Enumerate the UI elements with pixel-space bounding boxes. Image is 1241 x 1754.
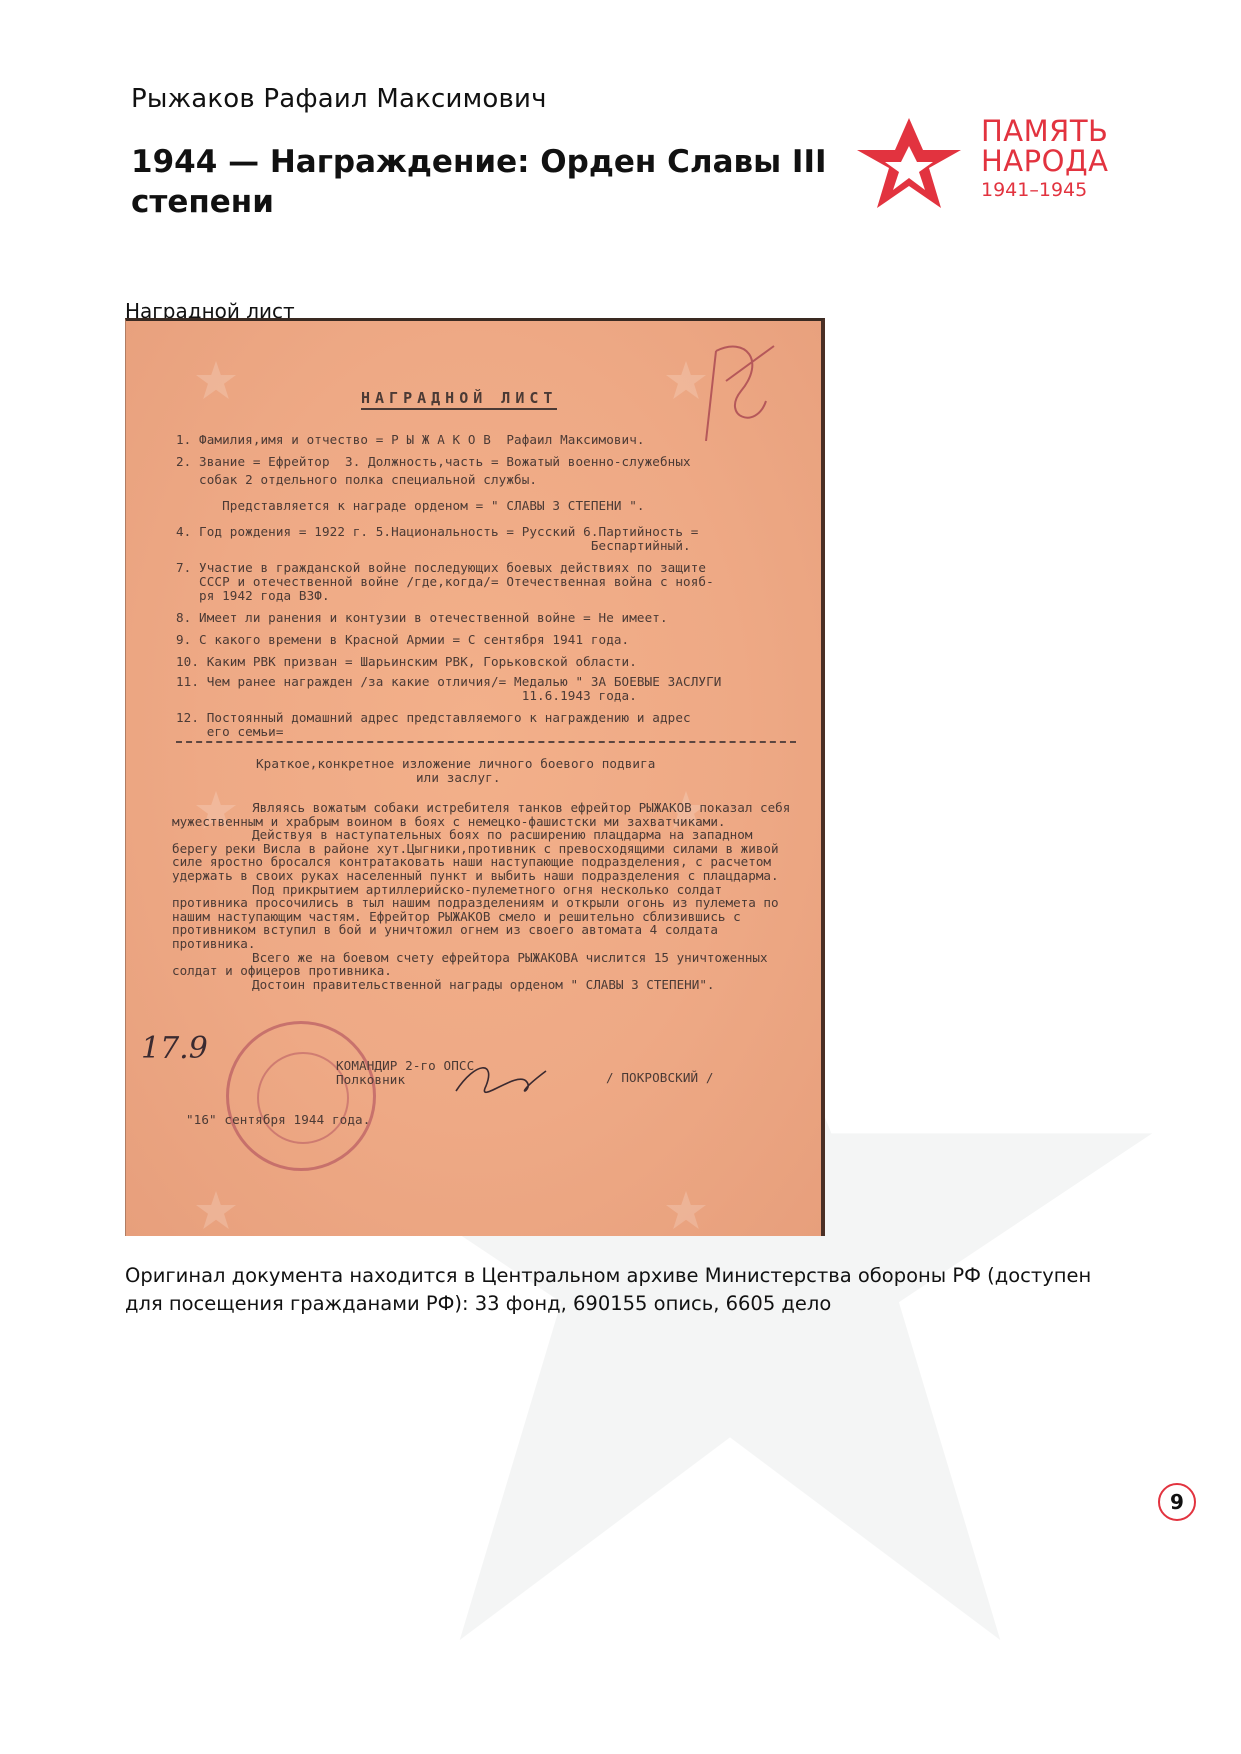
form-field-line: его семьи= — [176, 725, 284, 739]
document-date: "16" сентября 1944 года. — [186, 1113, 370, 1127]
form-field-line: 12. Постоянный домашний адрес представля… — [176, 711, 691, 725]
signature-title: КОМАНДИР 2-го ОПСС — [336, 1059, 474, 1073]
form-field-line: 11.6.1943 года. — [176, 689, 637, 703]
summary-heading: Краткое,конкретное изложение личного бое… — [256, 757, 655, 771]
form-field-line: Беспартийный. — [176, 539, 691, 553]
watermark-star-icon — [666, 1191, 706, 1231]
logo-line-2: НАРОДА — [981, 146, 1108, 176]
narrative-paragraph: Действуя в наступательных боях по расшир… — [172, 828, 802, 882]
archive-caption: Оригинал документа находится в Центральн… — [125, 1262, 1125, 1318]
award-sheet-scan[interactable]: НАГРАДНОЙ ЛИСТ 1. Фамилия,имя и отчество… — [125, 318, 825, 1236]
signature-rank: Полковник — [336, 1073, 405, 1087]
form-field-line: 9. С какого времени в Красной Армии = С … — [176, 633, 629, 647]
pamyat-naroda-logo[interactable]: ПАМЯТЬ НАРОДА 1941–1945 — [855, 116, 1145, 216]
form-field-line: ря 1942 года ВЗФ. — [176, 589, 330, 603]
narrative-paragraph: Под прикрытием артиллерийско-пулеметного… — [172, 883, 802, 951]
form-field-line: 2. Звание = Ефрейтор 3. Должность,часть … — [176, 455, 691, 469]
form-field-line: 8. Имеет ли ранения и контузии в отечест… — [176, 611, 668, 625]
form-field-line: СССР и отечественной войне /где,когда/= … — [176, 575, 714, 589]
form-field-line: 1. Фамилия,имя и отчество = Р Ы Ж А К О … — [176, 433, 645, 447]
form-field-line: 10. Каким РВК призван = Шарьинским РВК, … — [176, 655, 637, 669]
narrative-paragraph: Всего же на боевом счету ефрейтора РЫЖАК… — [172, 951, 802, 978]
watermark-star-icon — [196, 361, 236, 401]
pencil-mark-icon — [686, 341, 776, 441]
document-narrative: Являясь вожатым собаки истребителя танко… — [172, 801, 802, 991]
logo-line-1: ПАМЯТЬ — [981, 116, 1108, 146]
official-stamp — [226, 1021, 376, 1171]
narrative-paragraph: Достоин правительственной награды ордено… — [172, 978, 802, 992]
person-name: Рыжаков Рафаил Максимович — [131, 84, 547, 114]
page-number: 9 — [1158, 1483, 1196, 1521]
document-heading: НАГРАДНОЙ ЛИСТ — [361, 389, 557, 410]
logo-years: 1941–1945 — [981, 178, 1108, 202]
watermark-star-icon — [196, 1191, 236, 1231]
summary-heading-2: или заслуг. — [416, 771, 501, 785]
red-star-icon — [855, 116, 963, 212]
signature-name: / ПОКРОВСКИЙ / — [606, 1071, 714, 1085]
form-field-line: 4. Год рождения = 1922 г. 5.Национальнос… — [176, 525, 698, 539]
form-field-line: 11. Чем ранее награжден /за какие отличи… — [176, 675, 721, 689]
handwritten-note: 17.9 — [141, 1031, 208, 1066]
form-field-line: 7. Участие в гражданской войне последующ… — [176, 561, 706, 575]
form-field-line: собак 2 отдельного полка специальной слу… — [176, 473, 537, 487]
form-field-line: Представляется к награде орденом = " СЛА… — [176, 499, 645, 513]
document-separator — [176, 741, 796, 743]
page-title: 1944 — Награждение: Орден Славы III степ… — [131, 142, 831, 222]
narrative-paragraph: Являясь вожатым собаки истребителя танко… — [172, 801, 802, 828]
